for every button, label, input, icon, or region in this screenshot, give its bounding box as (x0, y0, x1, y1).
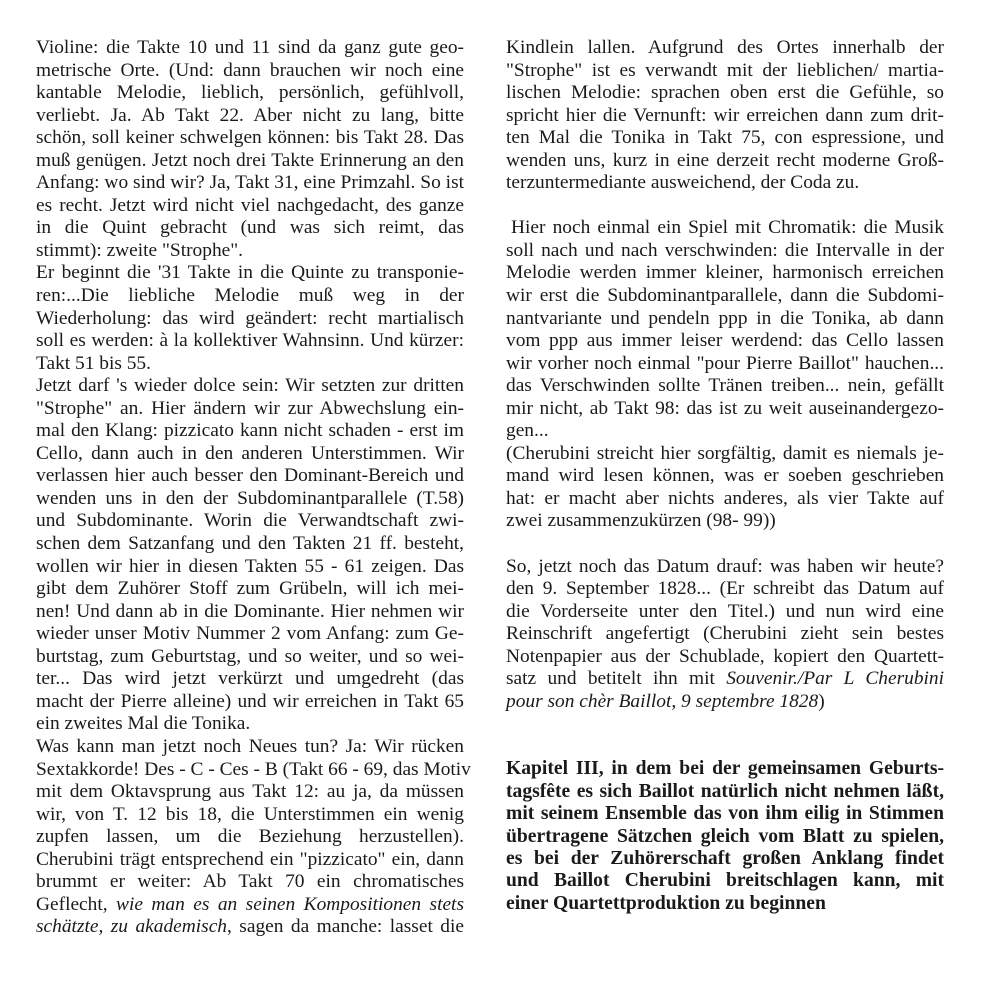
text-line: vom ppp aus immer leiser werdend: das Ce… (506, 330, 944, 353)
text-line: verlassen hier auch besser den Dominant-… (36, 465, 464, 488)
text-line: metrische Orte. (Und: dann brauchen wir … (36, 60, 464, 83)
left-paragraph-2: Er beginnt die '31 Takte in die Quinte z… (36, 262, 464, 375)
right-paragraph-4: So, jetzt noch das Datum drauf: was habe… (506, 556, 944, 714)
text-line: terzuntermediante ausweichend, der Coda … (506, 172, 944, 195)
right-column: Kindlein lallen. Aufgrund des Ortes inne… (506, 37, 944, 915)
heading-line: und Baillot Cherubini breitschlagen kann… (506, 870, 944, 892)
text-line: lischen Melodie: sprachen oben erst die … (506, 82, 944, 105)
text-line: wir erst die Subdominantparallele, dann … (506, 285, 944, 308)
text-line: wenden uns in den der Subdominantparalle… (36, 488, 464, 511)
text-line: "Strophe" an. Hier ändern wir zur Abwech… (36, 398, 464, 421)
text-line: schön, soll keiner schwelgen können: bis… (36, 127, 464, 150)
text-line: gen... (506, 420, 944, 443)
heading-line: übertragene Sätzchen gleich vom Blatt zu… (506, 826, 944, 848)
heading-line: Kapitel III, in dem bei der gemeinsamen … (506, 758, 944, 780)
text-line: es recht. Jetzt wird nicht viel nachgeda… (36, 195, 464, 218)
text-line: nantvariante und pendeln ppp in die Toni… (506, 308, 944, 331)
text-line: wenden uns, kurz in eine derzeit recht m… (506, 150, 944, 173)
chapter-heading: Kapitel III, in dem bei der gemeinsamen … (506, 758, 944, 915)
text-line: Er beginnt die '31 Takte in die Quinte z… (36, 262, 464, 285)
heading-line: mit seinem Ensemble das von ihm eilig in… (506, 803, 944, 825)
text-line: Was kann man jetzt noch Neues tun? Ja: W… (36, 736, 464, 759)
section-spacer (506, 713, 944, 758)
text-line: Takt 51 bis 55. (36, 353, 464, 376)
text-line: verliebt. Ja. Ab Takt 22. Aber nicht zu … (36, 105, 464, 128)
left-paragraph-3: Jetzt darf 's wieder dolce sein: Wir set… (36, 375, 464, 736)
text-line: die Vorderseite unter den Titel.) und nu… (506, 601, 944, 624)
text-line: wir vorher noch einmal "pour Pierre Bail… (506, 353, 944, 376)
text-line: Cherubini trägt entsprechend ein "pizzic… (36, 849, 464, 872)
text-line: ten Mal die Tonika in Takt 75, con espre… (506, 127, 944, 150)
text-line: Melodie werden immer kleiner, harmonisch… (506, 262, 944, 285)
plain-text: satz und betitelt ihn mit (506, 668, 726, 689)
plain-text: ) (818, 691, 824, 712)
paragraph-spacer (506, 195, 944, 218)
text-line-mixed: Geflecht, wie man es an seinen Kompositi… (36, 894, 464, 917)
text-line: gibt dem Zuhörer Stoff zum Grübeln, will… (36, 578, 464, 601)
text-line: mal den Klang: pizzicato kann nicht scha… (36, 420, 464, 443)
right-paragraph-1: Kindlein lallen. Aufgrund des Ortes inne… (506, 37, 944, 195)
document-page: Violine: die Takte 10 und 11 sind da gan… (0, 0, 1000, 1000)
text-line: (Cherubini streicht hier sorgfältig, dam… (506, 443, 944, 466)
text-line-mixed: pour son chèr Baillot, 9 septembre 1828) (506, 691, 944, 714)
italic-text: Souvenir./Par L Cherubini (726, 668, 944, 689)
heading-line: tagsfête es sich Baillot natürlich nicht… (506, 781, 944, 803)
text-line: So, jetzt noch das Datum drauf: was habe… (506, 556, 944, 579)
left-paragraph-1: Violine: die Takte 10 und 11 sind da gan… (36, 37, 464, 262)
text-line: nen! Und dann ab in die Dominante. Hier … (36, 601, 464, 624)
heading-line: es bei der Zuhörerschaft großen Anklang … (506, 848, 944, 870)
text-line: schen dem Satzanfang und den Takten 21 f… (36, 533, 464, 556)
text-line: ter... Das wird jetzt verkürzt und umged… (36, 668, 464, 691)
text-line-mixed: satz und betitelt ihn mit Souvenir./Par … (506, 668, 944, 691)
italic-text: pour son chèr Baillot, 9 septembre 1828 (506, 691, 818, 712)
right-paragraph-3: (Cherubini streicht hier sorgfältig, dam… (506, 443, 944, 533)
italic-text: wie man es an seinen Kompositionen stets (116, 894, 464, 915)
text-line: Jetzt darf 's wieder dolce sein: Wir set… (36, 375, 464, 398)
text-line: hat: er macht aber nichts anderes, als v… (506, 488, 944, 511)
text-line: stimmt): zweite "Strophe". (36, 240, 464, 263)
text-line: Violine: die Takte 10 und 11 sind da gan… (36, 37, 464, 60)
text-line: mit dem Oktavsprung aus Takt 12: au ja, … (36, 781, 464, 804)
text-line: spricht hier die Vernunft: wir erreichen… (506, 105, 944, 128)
text-line: soll es werden: à la kollektiver Wahnsin… (36, 330, 464, 353)
plain-text: Geflecht, (36, 894, 116, 915)
text-line: ein zweites Mal die Tonika. (36, 713, 464, 736)
text-line: ren:...Die liebliche Melodie muß weg in … (36, 285, 464, 308)
text-line: das Verschwinden sollte Tränen treiben..… (506, 375, 944, 398)
text-line: wollen wir hier in diesen Takten 55 - 61… (36, 556, 464, 579)
text-line: zupfen lassen, um die Beziehung herzuste… (36, 826, 464, 849)
left-paragraph-4: Was kann man jetzt noch Neues tun? Ja: W… (36, 736, 464, 939)
text-line: Wiederholung: das wird geändert: recht m… (36, 308, 464, 331)
text-line: in die Quint gebracht (und was sich reim… (36, 217, 464, 240)
text-line-mixed: schätzte, zu akademisch, sagen da manche… (36, 916, 464, 939)
text-line: Cello, dann auch in den anderen Untersti… (36, 443, 464, 466)
text-line: zwei zusammenzukürzen (98- 99)) (506, 510, 944, 533)
text-line: wieder unser Motiv Nummer 2 vom Anfang: … (36, 623, 464, 646)
text-line: kantable Melodie, lieblich, persönlich, … (36, 82, 464, 105)
text-line: mir nicht, ab Takt 98: das ist zu weit a… (506, 398, 944, 421)
right-paragraph-2: Hier noch einmal ein Spiel mit Chromatik… (506, 217, 944, 442)
text-line: und Subdominante. Worin die Verwandtscha… (36, 510, 464, 533)
text-line: Sextakkorde! Des - C - Ces - B (Takt 66 … (36, 759, 464, 782)
text-line: soll nach und nach verschwinden: die Int… (506, 240, 944, 263)
text-line: burtstag, zum Geburtstag, und so weiter,… (36, 646, 464, 669)
text-line: mand wird lesen können, was er soeben ge… (506, 465, 944, 488)
text-line: "Strophe" ist es verwandt mit der liebli… (506, 60, 944, 83)
text-line: den 9. September 1828... (Er schreibt da… (506, 578, 944, 601)
paragraph-spacer (506, 533, 944, 556)
text-line: brummt er weiter: Ab Takt 70 ein chromat… (36, 871, 464, 894)
italic-text: schätzte, zu akademisch (36, 916, 227, 937)
heading-line: einer Quartettproduktion zu beginnen (506, 893, 944, 915)
text-line: muß genügen. Jetzt noch drei Takte Erinn… (36, 150, 464, 173)
left-column: Violine: die Takte 10 und 11 sind da gan… (36, 37, 464, 939)
text-line: Notenpapier aus der Schublade, kopiert d… (506, 646, 944, 669)
plain-text: , sagen da manche: lasset die (227, 916, 464, 937)
text-line: wir, von T. 12 bis 18, die Unterstimmen … (36, 804, 464, 827)
text-line: Anfang: wo sind wir? Ja, Takt 31, eine P… (36, 172, 464, 195)
text-line: Kindlein lallen. Aufgrund des Ortes inne… (506, 37, 944, 60)
text-line: Hier noch einmal ein Spiel mit Chromatik… (506, 217, 944, 240)
text-line: Reinschrift angefertigt (Cherubini zieht… (506, 623, 944, 646)
text-line: macht der Pierre alleine) und wir erreic… (36, 691, 464, 714)
